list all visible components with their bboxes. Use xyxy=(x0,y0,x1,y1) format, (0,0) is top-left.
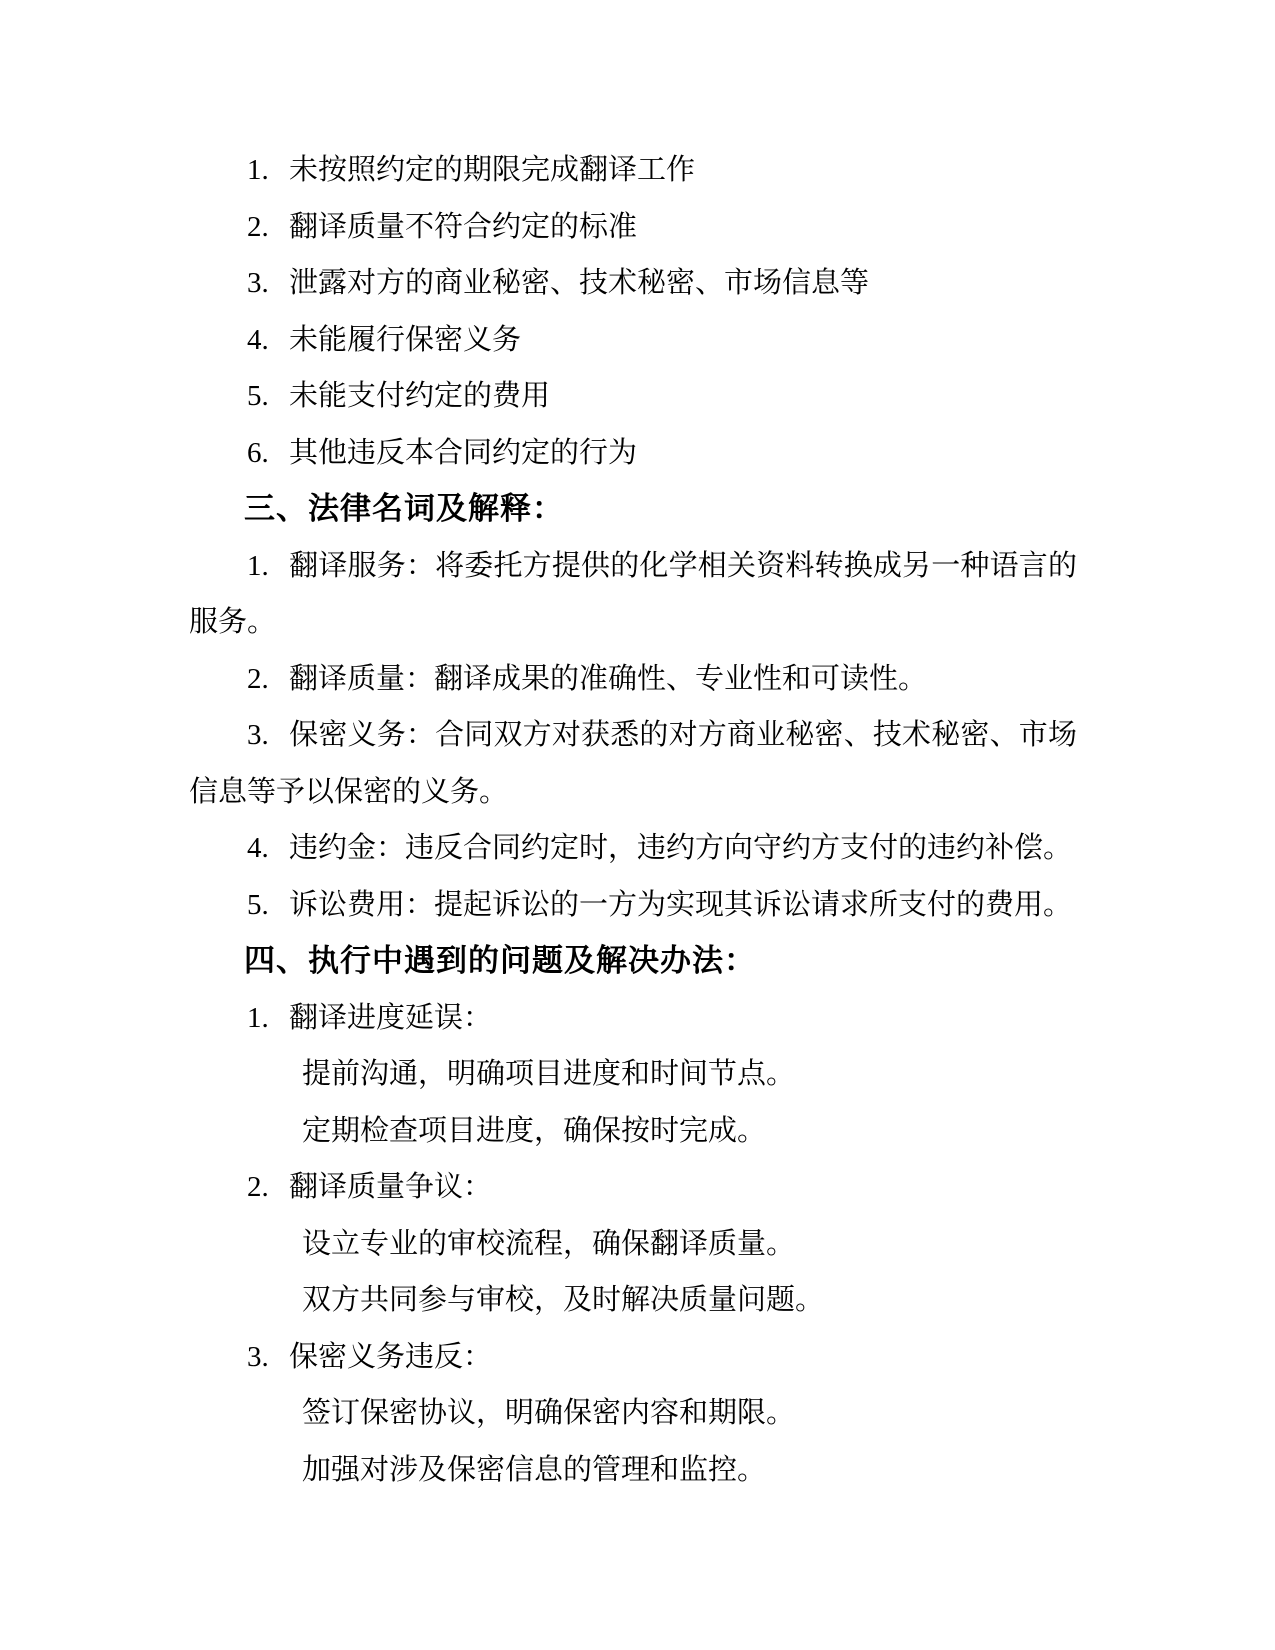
item-number: 2. xyxy=(247,651,289,708)
item-text: 诉讼费用：提起诉讼的一方为实现其诉讼请求所支付的费用。 xyxy=(289,889,1072,921)
item-text: 双方共同参与审校，及时解决质量问题。 xyxy=(302,1284,824,1316)
item-text: 未按照约定的期限完成翻译工作 xyxy=(289,154,695,186)
item-number: 5. xyxy=(247,368,289,425)
solution-line: 定期检查项目进度，确保按时完成。 xyxy=(189,1103,1077,1160)
heading-text: 四、执行中遇到的问题及解决办法： xyxy=(244,943,756,978)
item-number: 1. xyxy=(247,990,289,1047)
item-text: 违约金：违反合同约定时，违约方向守约方支付的违约补偿。 xyxy=(289,832,1072,864)
item-number: 4. xyxy=(247,820,289,877)
item-text: 翻译质量不符合约定的标准 xyxy=(289,211,637,243)
numbered-item: 1.翻译服务：将委托方提供的化学相关资料转换成另一种语言的服务。 xyxy=(189,538,1077,651)
item-text: 翻译服务：将委托方提供的化学相关资料转换成另一种语言的服务。 xyxy=(189,550,1077,639)
solution-line: 双方共同参与审校，及时解决质量问题。 xyxy=(189,1272,1077,1329)
item-text: 提前沟通，明确项目进度和时间节点。 xyxy=(302,1058,795,1090)
numbered-item: 4.违约金：违反合同约定时，违约方向守约方支付的违约补偿。 xyxy=(189,820,1077,877)
document-content: 1.未按照约定的期限完成翻译工作2.翻译质量不符合约定的标准3.泄露对方的商业秘… xyxy=(0,0,1275,1498)
numbered-item: 2.翻译质量争议： xyxy=(189,1159,1077,1216)
numbered-item: 3.保密义务：合同双方对获悉的对方商业秘密、技术秘密、市场信息等予以保密的义务。 xyxy=(189,707,1077,820)
item-text: 保密义务：合同双方对获悉的对方商业秘密、技术秘密、市场信息等予以保密的义务。 xyxy=(189,719,1077,808)
numbered-item: 4.未能履行保密义务 xyxy=(189,312,1077,369)
solution-line: 设立专业的审校流程，确保翻译质量。 xyxy=(189,1216,1077,1273)
item-text: 保密义务违反： xyxy=(289,1341,492,1373)
item-number: 3. xyxy=(247,255,289,312)
solution-line: 签订保密协议，明确保密内容和期限。 xyxy=(189,1385,1077,1442)
item-number: 1. xyxy=(247,142,289,199)
numbered-item: 5.诉讼费用：提起诉讼的一方为实现其诉讼请求所支付的费用。 xyxy=(189,877,1077,934)
item-number: 5. xyxy=(247,877,289,934)
item-text: 翻译质量：翻译成果的准确性、专业性和可读性。 xyxy=(289,663,927,695)
numbered-item: 6.其他违反本合同约定的行为 xyxy=(189,425,1077,482)
item-text: 泄露对方的商业秘密、技术秘密、市场信息等 xyxy=(289,267,869,299)
item-text: 未能支付约定的费用 xyxy=(289,380,550,412)
item-text: 翻译质量争议： xyxy=(289,1171,492,1203)
solution-line: 加强对涉及保密信息的管理和监控。 xyxy=(189,1442,1077,1499)
item-text: 其他违反本合同约定的行为 xyxy=(289,437,637,469)
numbered-item: 5.未能支付约定的费用 xyxy=(189,368,1077,425)
solution-line: 提前沟通，明确项目进度和时间节点。 xyxy=(189,1046,1077,1103)
item-text: 翻译进度延误： xyxy=(289,1002,492,1034)
item-number: 1. xyxy=(247,538,289,595)
item-number: 6. xyxy=(247,425,289,482)
item-number: 3. xyxy=(247,707,289,764)
item-number: 2. xyxy=(247,199,289,256)
numbered-item: 1.翻译进度延误： xyxy=(189,990,1077,1047)
heading-text: 三、法律名词及解释： xyxy=(244,491,564,526)
item-text: 签订保密协议，明确保密内容和期限。 xyxy=(302,1397,795,1429)
item-number: 4. xyxy=(247,312,289,369)
section-heading: 三、法律名词及解释： xyxy=(189,481,1077,538)
numbered-item: 3.泄露对方的商业秘密、技术秘密、市场信息等 xyxy=(189,255,1077,312)
item-text: 定期检查项目进度，确保按时完成。 xyxy=(302,1115,766,1147)
document-page: 1.未按照约定的期限完成翻译工作2.翻译质量不符合约定的标准3.泄露对方的商业秘… xyxy=(0,0,1275,1650)
numbered-item: 1.未按照约定的期限完成翻译工作 xyxy=(189,142,1077,199)
item-text: 加强对涉及保密信息的管理和监控。 xyxy=(302,1454,766,1486)
item-number: 3. xyxy=(247,1329,289,1386)
section-heading: 四、执行中遇到的问题及解决办法： xyxy=(189,933,1077,990)
item-text: 未能履行保密义务 xyxy=(289,324,521,356)
numbered-item: 3.保密义务违反： xyxy=(189,1329,1077,1386)
item-text: 设立专业的审校流程，确保翻译质量。 xyxy=(302,1228,795,1260)
numbered-item: 2.翻译质量不符合约定的标准 xyxy=(189,199,1077,256)
item-number: 2. xyxy=(247,1159,289,1216)
numbered-item: 2.翻译质量：翻译成果的准确性、专业性和可读性。 xyxy=(189,651,1077,708)
